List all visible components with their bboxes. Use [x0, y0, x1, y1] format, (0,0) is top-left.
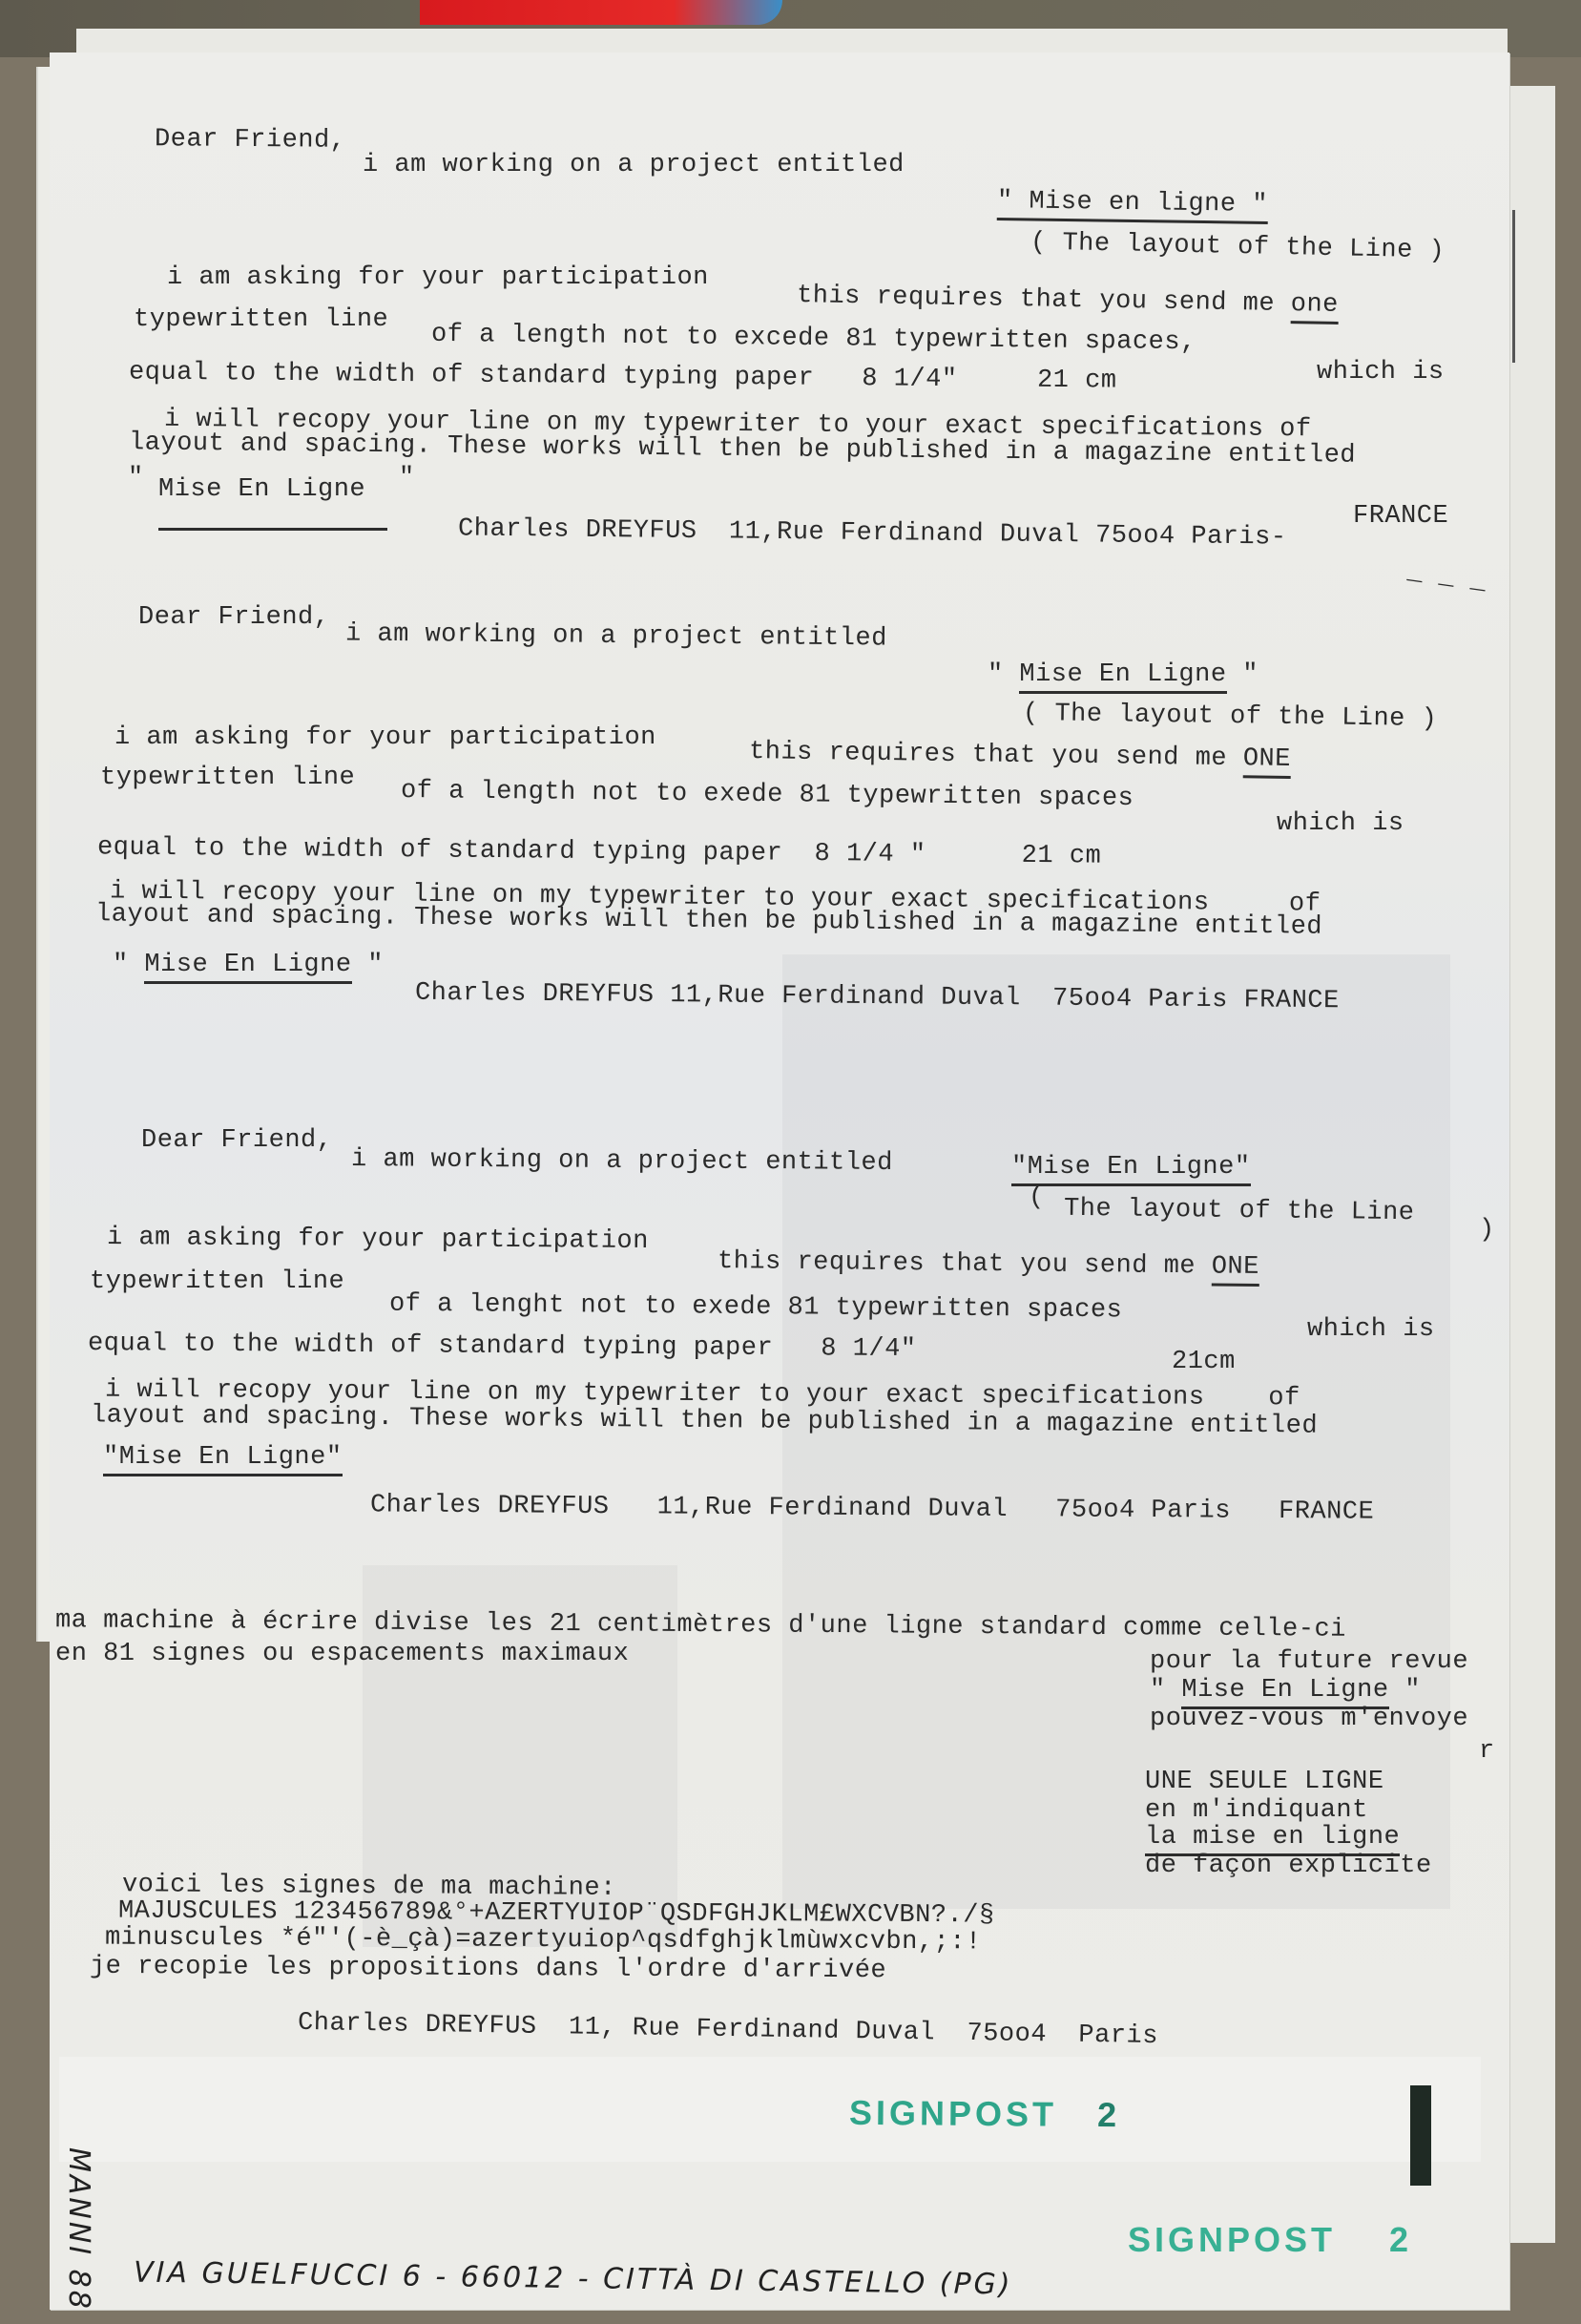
right-line-4: UNE SEULE LIGNE	[1145, 1768, 1384, 1796]
project-subtitle: ( The layout of the Line )	[1023, 700, 1438, 734]
right-line-1: pour la future revue	[1150, 1647, 1468, 1676]
typed-line-label: typewritten line	[134, 305, 388, 334]
pasted-strip	[59, 2057, 1481, 2162]
requires-line: this requires that you send me ONE	[718, 1247, 1259, 1282]
project-subtitle: The layout of the Line	[1064, 1195, 1415, 1227]
magazine-name: Mise En Ligne	[158, 475, 365, 504]
magazine-name: "Mise En Ligne"	[103, 1443, 343, 1472]
right-line-3b: r	[1479, 1737, 1495, 1766]
which-is: which is	[1277, 809, 1404, 838]
black-bar	[1410, 2085, 1431, 2186]
project-title: " Mise En Ligne "	[988, 660, 1259, 689]
signature-rule	[158, 528, 387, 531]
ask-line: i am asking for your participation	[167, 263, 709, 292]
right-line-7: de façon explicite	[1145, 1852, 1432, 1880]
right-line-5: en m'indiquant	[1145, 1796, 1368, 1825]
equal-line: equal to the width of standard typing pa…	[88, 1329, 917, 1364]
signpost-stamp: SIGNPOST 2	[1128, 2220, 1412, 2260]
right-title: " Mise En Ligne "	[1150, 1676, 1421, 1705]
right-line-3: pouvez-vous m'envoye	[1150, 1705, 1468, 1733]
greeting: Dear Friend,	[138, 603, 329, 632]
ask-line: i am asking for your participation	[114, 723, 656, 752]
greeting: Dear Friend,	[141, 1126, 332, 1155]
ask-line: i am asking for your participation	[107, 1224, 649, 1256]
which-is: which is	[1307, 1315, 1435, 1344]
typed-line-label: typewritten line	[100, 764, 355, 792]
greeting: Dear Friend,	[155, 125, 346, 155]
handwritten-name: MANNI 88	[62, 2147, 95, 2312]
width-cm: 21cm	[1172, 1348, 1236, 1376]
magazine-name: " Mise En Ligne "	[113, 951, 384, 979]
french-line-2: en 81 signes ou espacements maximaux	[55, 1640, 629, 1668]
right-line-6: la mise en ligne	[1145, 1823, 1400, 1852]
country: FRANCE	[1353, 502, 1448, 531]
subtitle-close: )	[1479, 1216, 1495, 1245]
margin-rule	[1512, 210, 1515, 363]
which-is: which is	[1317, 358, 1445, 387]
subtitle-open: (	[1029, 1183, 1045, 1212]
project-line: i am working on a project entitled	[351, 1145, 893, 1178]
project-line: i am working on a project entitled	[345, 620, 887, 654]
red-object-top	[420, 0, 782, 25]
minuscules-line: minuscules *é"'(-è_çà)=azertyuiop^qsdfgh…	[105, 1924, 982, 1958]
typed-line-label: typewritten line	[90, 1267, 344, 1296]
project-line: i am working on a project entitled	[363, 151, 905, 179]
project-title: " Mise en ligne "	[997, 187, 1268, 220]
signpost-stamp: SIGNPOST 2	[849, 2093, 1120, 2135]
order-line: je recopie les propositions dans l'ordre…	[90, 1953, 886, 1985]
project-title: "Mise En Ligne"	[1011, 1153, 1251, 1182]
